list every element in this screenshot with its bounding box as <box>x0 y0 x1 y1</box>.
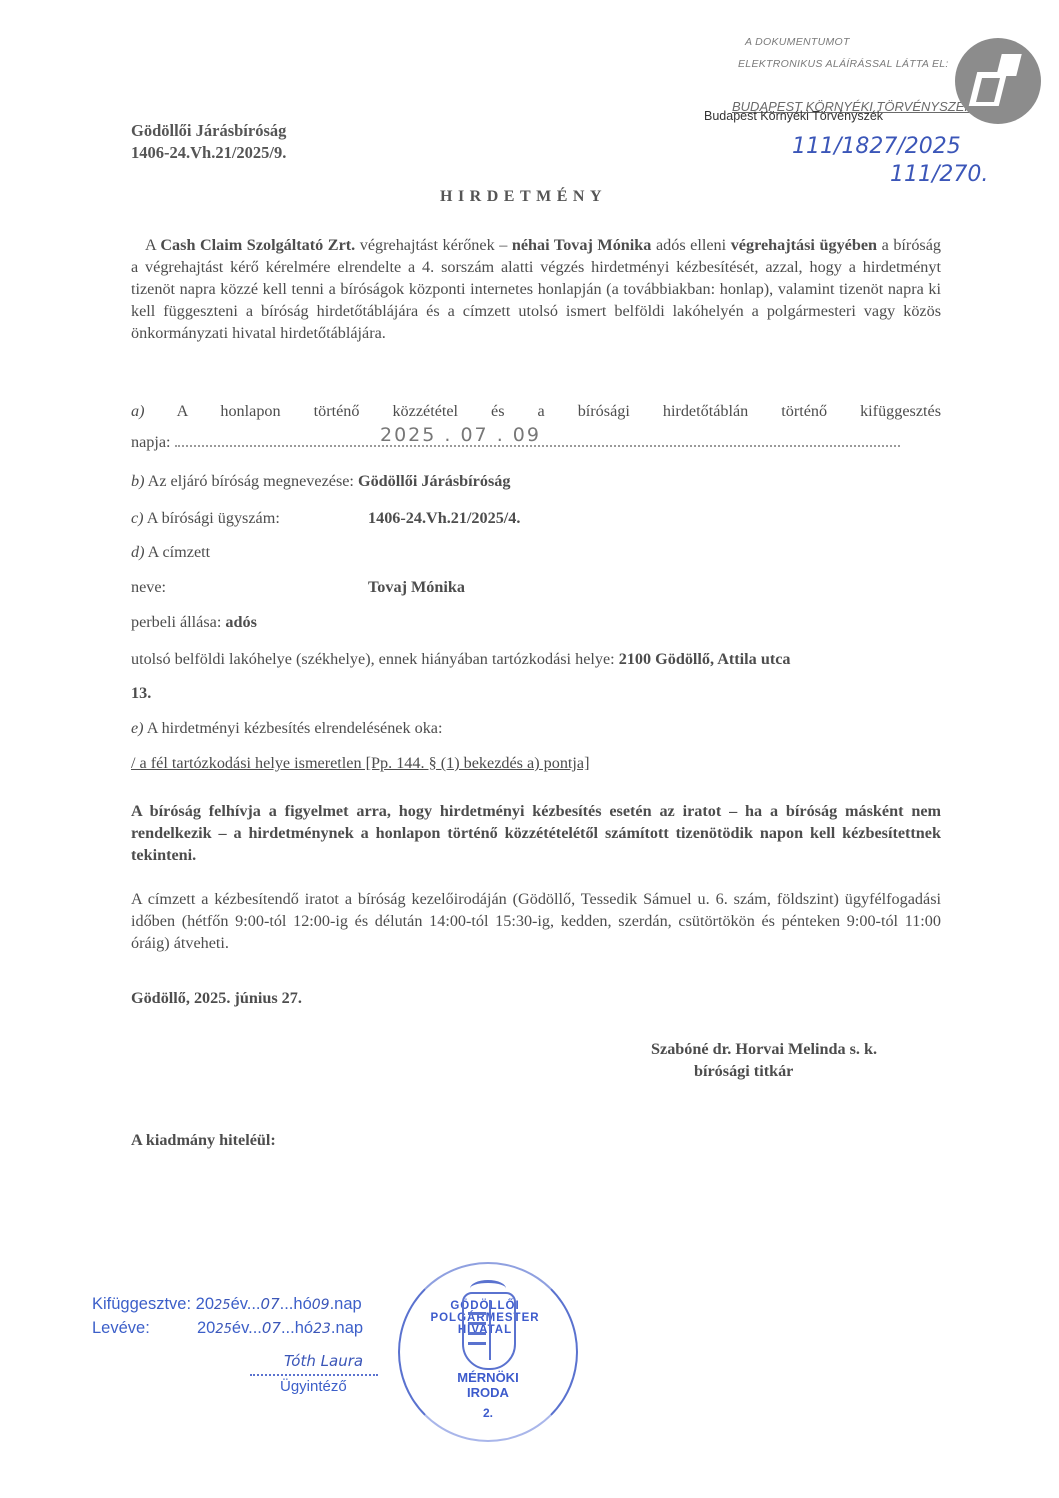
item-d-text: A címzett <box>144 543 210 561</box>
recipient-name-label: neve: <box>131 578 166 597</box>
debtor-name: néhai Tovaj Mónika <box>512 236 652 254</box>
publication-date-handwritten: 2025 . 07 . 09 <box>380 424 541 446</box>
item-d: d) A címzett <box>131 543 210 562</box>
certification-label: A kiadmány hiteléül: <box>131 1131 276 1150</box>
pickup-info: A címzett a kézbesítendő iratot a bírósá… <box>131 888 941 954</box>
removed-day: 23 <box>313 1321 331 1337</box>
recipient-address-value: 2100 Gödöllő, Attila utca <box>619 650 791 668</box>
item-c-label: c) <box>131 509 144 527</box>
item-c: c) A bírósági ügyszám: <box>131 509 280 528</box>
intro-text-1: A <box>145 236 160 254</box>
intro-text-2: végrehajtást kérőnek – <box>355 236 512 254</box>
seal-center-line-1: MÉRNÖKI <box>448 1370 528 1385</box>
handwritten-registry-number: 111/1827/2025 <box>792 134 961 159</box>
removed-date: 2025év...07...hó23.nap <box>197 1319 363 1338</box>
creditor-name: Cash Claim Szolgáltató Zrt. <box>160 236 355 254</box>
seal-number: 2. <box>468 1406 508 1420</box>
clerk-label: Ügyintéző <box>280 1378 347 1395</box>
removed-ho: hó <box>295 1319 313 1337</box>
service-notice: A bíróság felhívja a figyelmet arra, hog… <box>131 800 941 866</box>
esignature-line-1: A DOKUMENTUMOT <box>745 36 850 48</box>
recipient-address-label: utolsó belföldi lakóhelye (székhelye), e… <box>131 650 619 668</box>
item-a-text: A honlapon történő közzététel és a bírós… <box>144 402 941 420</box>
handwritten-registry-sub: 111/270. <box>890 162 988 187</box>
recipient-role-label: perbeli állása: <box>131 613 225 631</box>
acting-court: Gödöllői Járásbíróság <box>358 472 510 490</box>
removed-label: Levéve: <box>92 1319 150 1337</box>
posted-label: Kifüggesztve: <box>92 1295 191 1313</box>
court-name: Gödöllői Járásbíróság <box>131 120 286 141</box>
place-and-date: Gödöllő, 2025. június 27. <box>131 989 302 1008</box>
item-d-label: d) <box>131 543 144 561</box>
item-e: e) A hirdetményi kézbesítés elrendelésén… <box>131 719 443 738</box>
posted-year: 25 <box>214 1298 231 1313</box>
case-type: végrehajtási ügyében <box>731 236 877 254</box>
posted-month: 07 <box>261 1295 280 1313</box>
signatory-title: bírósági titkár <box>694 1062 793 1081</box>
clerk-signature-line <box>250 1374 378 1376</box>
esignature-court-plain: Budapest Környéki Törvényszék <box>704 109 883 123</box>
court-logo-icon <box>955 38 1041 124</box>
recipient-role: perbeli állása: adós <box>131 613 257 632</box>
service-reason: / a fél tartózkodási helye ismeretlen [P… <box>131 754 589 773</box>
clerk-signature-handwritten: Tóth Laura <box>284 1352 363 1370</box>
recipient-role-value: adós <box>225 613 257 631</box>
posted-year-prefix: 20 <box>196 1295 214 1313</box>
removed-year-prefix: 20 <box>197 1319 215 1337</box>
signatory-name: Szabóné dr. Horvai Melinda s. k. <box>651 1040 877 1059</box>
recipient-address-house-number: 13. <box>131 684 151 703</box>
hungarian-coat-of-arms-icon <box>462 1292 516 1370</box>
item-c-text: A bírósági ügyszám: <box>144 509 280 527</box>
court-case-number: 1406-24.Vh.21/2025/4. <box>368 509 520 528</box>
item-b-label: b) <box>131 472 144 490</box>
posted-nap: nap <box>334 1295 362 1313</box>
item-e-label: e) <box>131 719 144 737</box>
item-a-label: a) <box>131 402 144 420</box>
intro-text-3: adós elleni <box>651 236 730 254</box>
seal-center-line-2: IRODA <box>448 1385 528 1400</box>
item-b-text: Az eljáró bíróság megnevezése: <box>144 472 358 490</box>
removed-row: Levéve: <box>92 1319 150 1338</box>
removed-year: 25 <box>215 1322 232 1337</box>
case-number: 1406-24.Vh.21/2025/9. <box>131 142 286 163</box>
removed-nap: nap <box>336 1319 364 1337</box>
recipient-address: utolsó belföldi lakóhelye (székhelye), e… <box>131 650 791 669</box>
removed-month: 07 <box>262 1319 281 1337</box>
item-a-napja-label: napja: <box>131 433 171 451</box>
posted-row: Kifüggesztve: 2025év...07...hó09.nap <box>92 1295 362 1314</box>
esignature-line-2: ELEKTRONIKUS ALÁÍRÁSSAL LÁTTA EL: <box>738 58 949 70</box>
posted-ev: év <box>231 1295 247 1313</box>
item-b: b) Az eljáró bíróság megnevezése: Gödöll… <box>131 472 510 491</box>
document-title: HIRDETMÉNY <box>440 188 607 206</box>
posted-ho: hó <box>293 1295 311 1313</box>
item-e-text: A hirdetményi kézbesítés elrendelésének … <box>144 719 443 737</box>
item-a: a) A honlapon történő közzététel és a bí… <box>131 400 941 422</box>
removed-ev: év <box>232 1319 248 1337</box>
recipient-name: Tovaj Mónika <box>368 578 465 597</box>
posted-day: 09 <box>312 1297 330 1313</box>
intro-paragraph: A Cash Claim Szolgáltató Zrt. végrehajtá… <box>131 234 941 344</box>
